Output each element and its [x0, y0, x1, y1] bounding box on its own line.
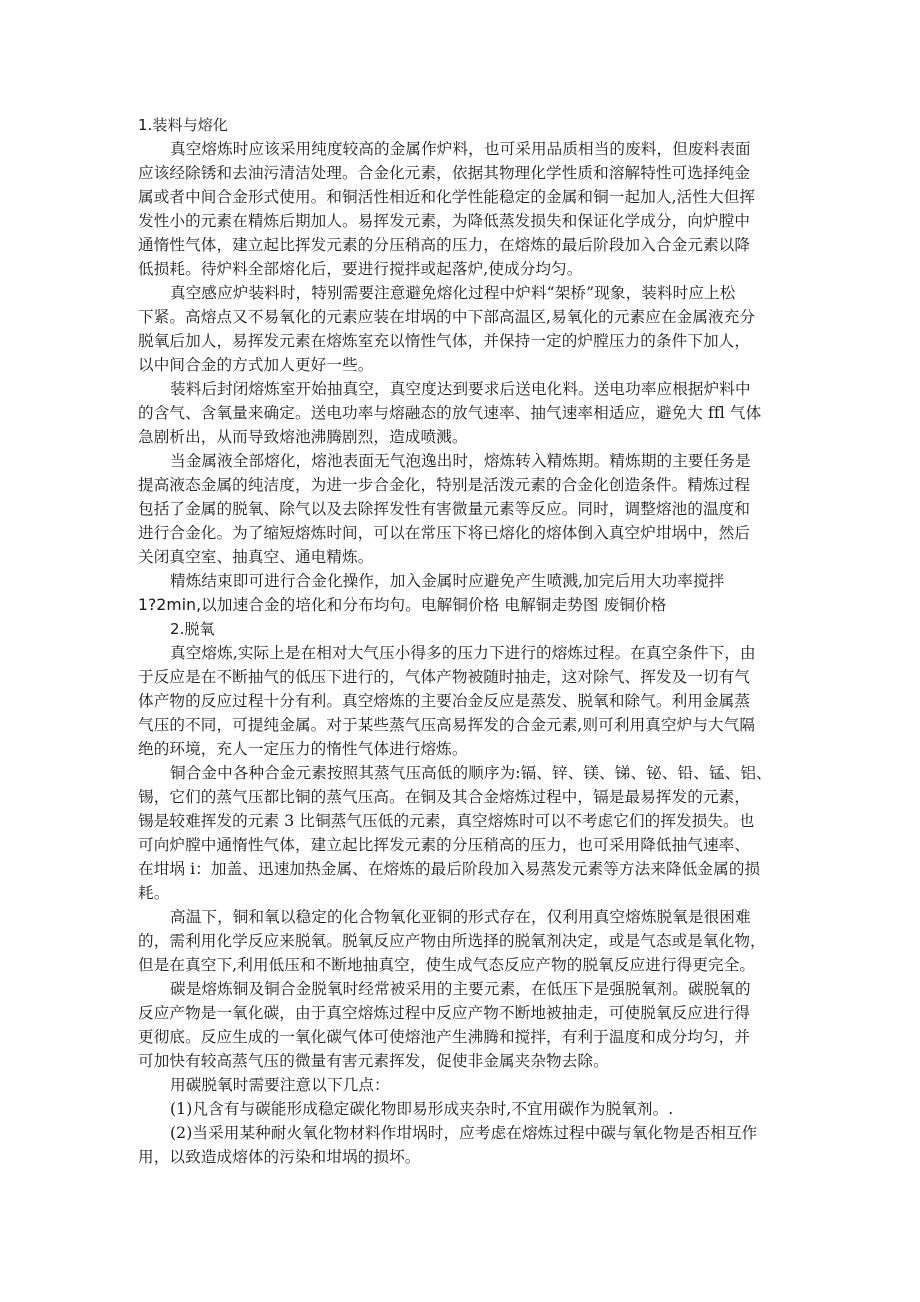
paragraph-line: 用碳脱氧时需要注意以下几点：	[138, 1073, 786, 1097]
paragraph-line: 于反应是在不断抽气的低压下进行的，气体产物被随时抽走，这对除气、挥发及一切有气	[138, 665, 786, 689]
paragraph-line: 脱氧后加人，易挥发元素在熔炼室充以惰性气体，并保持一定的炉膛压力的条件下加人，	[138, 329, 786, 353]
paragraph-line: 应该经除锈和去油污清洁处理。合金化元素，依据其物理化学性质和溶解特性可选择纯金	[138, 161, 786, 185]
paragraph-line: 发性小的元素在精炼后期加人。易挥发元素，为降低蒸发损失和保证化学成分，向炉膛中	[138, 209, 786, 233]
paragraph-line: 高温下，铜和氧以稳定的化合物氧化亚铜的形式存在，仅利用真空熔炼脱氧是很困难	[138, 905, 786, 929]
paragraph-line: 耗。	[138, 881, 786, 905]
paragraph-line: 气压的不同，可提纯金属。对于某些蒸气压高易挥发的合金元素,则可利用真空炉与大气隔	[138, 713, 786, 737]
paragraph-line: 低损耗。待炉料全部熔化后，要进行搅拌或起落炉,使成分均匀。	[138, 257, 786, 281]
paragraph-line: 包括了金属的脱氧、除气以及去除挥发性有害微量元素等反应。同时，调整熔池的温度和	[138, 497, 786, 521]
paragraph-line: 真空熔炼时应该采用纯度较高的金属作炉料，也可采用品质相当的废料，但废料表面	[138, 137, 786, 161]
paragraph-line: 当金属液全部熔化，熔池表面无气泡逸出时，熔炼转入精炼期。精炼期的主要任务是	[138, 449, 786, 473]
paragraph-line: 1?2min,以加速合金的培化和分布均句。电解铜价格 电解铜走势图 废铜价格	[138, 593, 786, 617]
paragraph-line: 以中间合金的方式加人更好一些。	[138, 353, 786, 377]
paragraph-line: 体产物的反应过程十分有利。真空熔炼的主要冶金反应是蒸发、脱氧和除气。利用金属蒸	[138, 689, 786, 713]
paragraph-line: 用，以致造成熔体的污染和坩埚的损坏。	[138, 1145, 786, 1169]
section-1-body: 真空熔炼时应该采用纯度较高的金属作炉料，也可采用品质相当的废料，但废料表面应该经…	[138, 137, 786, 617]
section-2-body: 真空熔炼,实际上是在相对大气压小得多的压力下进行的熔炼过程。在真空条件下，由于反…	[138, 641, 786, 1169]
paragraph-line: (2)当采用某种耐火氧化物材料作坩埚时，应考虑在熔炼过程中碳与氧化物是否相互作	[138, 1121, 786, 1145]
paragraph-line: 装料后封闭熔炼室开始抽真空，真空度达到要求后送电化料。送电功率应根据炉料中	[138, 377, 786, 401]
paragraph-line: 碳是熔炼铜及铜合金脱氧时经常被采用的主要元素，在低压下是强脱氧剂。碳脱氧的	[138, 977, 786, 1001]
paragraph-line: 可向炉膛中通惰性气体，建立起比挥发元素的分压稍高的压力，也可采用降低抽气速率、	[138, 833, 786, 857]
paragraph-line: 更彻底。反应生成的一氧化碳气体可使熔池产生沸腾和搅拌，有利于温度和成分均匀，并	[138, 1025, 786, 1049]
paragraph-line: 真空熔炼,实际上是在相对大气压小得多的压力下进行的熔炼过程。在真空条件下，由	[138, 641, 786, 665]
paragraph-line: 在坩埚 i：加盖、迅速加热金属、在熔炼的最后阶段加入易蒸发元素等方法来降低金属的…	[138, 857, 786, 881]
paragraph-line: 反应产物是一氧化碳，由于真空熔炼过程中反应产物不断地被抽走，可使脱氧反应进行得	[138, 1001, 786, 1025]
paragraph-line: 但是在真空下,利用低压和不断地抽真空，使生成气态反应产物的脱氧反应进行得更完全。	[138, 953, 786, 977]
paragraph-line: 精炼结束即可进行合金化操作，加入金属时应避免产生喷溅,加完后用大功率搅拌	[138, 569, 786, 593]
paragraph-line: 可加快有较高蒸气压的微量有害元素挥发，促使非金属夹杂物去除。	[138, 1049, 786, 1073]
paragraph-line: 真空感应炉装料时，特别需要注意避免熔化过程中炉料“架桥”现象，装料时应上松	[138, 281, 786, 305]
paragraph-line: 进行合金化。为了缩短熔炼时间，可以在常压下将已熔化的熔体倒入真空炉坩埚中，然后	[138, 521, 786, 545]
paragraph-line: 锡，它们的蒸气压都比铜的蒸气压高。在铜及其合金熔炼过程中，镉是最易挥发的元素，	[138, 785, 786, 809]
section-heading-2: 2.脱氧	[138, 617, 786, 641]
section-heading-1: 1.装料与熔化	[138, 113, 786, 137]
document-page: 1.装料与熔化 真空熔炼时应该采用纯度较高的金属作炉料，也可采用品质相当的废料，…	[138, 113, 786, 1169]
paragraph-line: 的，需利用化学反应来脱氧。脱氧反应产物由所选择的脱氧剂决定，或是气态或是氧化物，	[138, 929, 786, 953]
paragraph-line: 提高液态金属的纯洁度，为进一步合金化，特别是活泼元素的合金化创造条件。精炼过程	[138, 473, 786, 497]
paragraph-line: (1)凡含有与碳能形成稳定碳化物即易形成夹杂时,不宜用碳作为脱氧剂。.	[138, 1097, 786, 1121]
paragraph-line: 铜合金中各种合金元素按照其蒸气压高低的顺序为:镉、锌、镁、锑、铋、铅、锰、铝、	[138, 761, 786, 785]
paragraph-line: 通惰性气体，建立起比挥发元素的分压稍高的压力，在熔炼的最后阶段加入合金元素以降	[138, 233, 786, 257]
paragraph-line: 下紧。高熔点又不易氧化的元素应装在坩埚的中下部高温区,易氧化的元素应在金属液充分	[138, 305, 786, 329]
paragraph-line: 急剧析出，从而导致熔池沸腾剧烈，造成喷溅。	[138, 425, 786, 449]
paragraph-line: 属或者中间合金形式使用。和铜活性相近和化学性能稳定的金属和铜一起加人,活性大但挥	[138, 185, 786, 209]
paragraph-line: 关闭真空室、抽真空、通电精炼。	[138, 545, 786, 569]
paragraph-line: 锡是较难挥发的元素 3 比铜蒸气压低的元素，真空熔炼时可以不考虑它们的挥发损失。…	[138, 809, 786, 833]
paragraph-line: 的含气、含氧量来确定。送电功率与熔融态的放气速率、抽气速率相适应，避免大 ffl…	[138, 401, 786, 425]
paragraph-line: 绝的环境，充人一定压力的惰性气体进行熔炼。	[138, 737, 786, 761]
